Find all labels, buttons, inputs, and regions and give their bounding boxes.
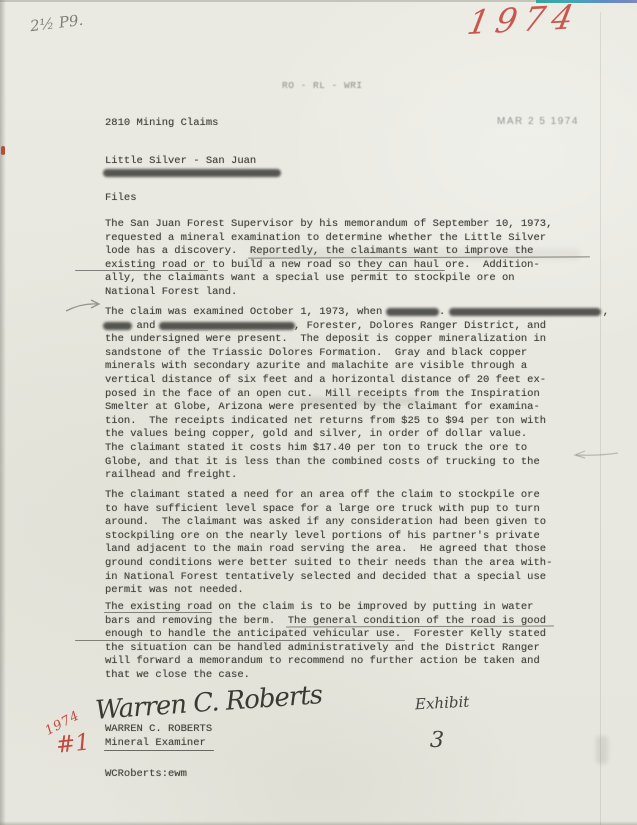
typed-line: requested a mineral examination to deter… [105,232,552,246]
red-number-annotation: #1 [55,729,91,758]
typed-line: the undersigned were present. The deposi… [105,333,609,347]
paragraph-2: The claim was examined October 1, 1973, … [105,306,609,483]
typed-line: The claimant stated a need for an area o… [105,489,552,503]
typed-line: permit was not needed. [105,584,552,598]
paragraph-1: The San Juan Forest Supervisor by his me… [105,218,552,300]
signature-title: Mineral Examiner [105,737,206,751]
subject-line: 2810 Mining Claims [105,117,218,131]
title-underline [104,750,214,751]
typed-line: sandstone of the Triassic Dolores Format… [105,347,609,361]
scanned-document-page: 2½ P9. 1974 RO - RL - WRI 2810 Mining Cl… [0,0,637,825]
pencil-page-note: 2½ P9. [29,11,84,35]
typed-line: ally, the claimants want a special use p… [105,272,552,286]
typed-line: in National Forest tentatively selected … [105,571,552,585]
typed-line: tion. The receipts indicated net returns… [105,415,609,429]
redaction-bar [103,169,281,177]
signature-script: Warren C. Roberts [94,680,323,726]
redaction-bar [449,308,601,316]
scan-edge-bottom [0,821,637,825]
typed-line: stockpiling ore on the nearly level port… [105,530,552,544]
exhibit-number: 3 [430,728,445,753]
typed-line: will forward a memorandum to recommend n… [105,655,546,669]
received-date-stamp: MAR 2 5 1974 [497,116,579,127]
red-year-annotation-top: 1974 [464,0,584,42]
typed-line: posed in the face of an open cut. Mill r… [105,388,609,402]
typed-line: to have sufficient level space for a lar… [105,503,552,517]
typed-line: minerals with secondary azurite and mala… [105,360,609,374]
typed-line: National Forest land. [105,286,552,300]
typed-line: Globe, and that it is less than the comb… [105,456,609,470]
paragraph-3: The claimant stated a need for an area o… [105,489,552,598]
typed-line: The claimant stated it costs him $17.40 … [105,442,609,456]
margin-arrow-left-icon [572,446,620,462]
typed-line: that we close the case. [105,669,546,683]
typed-line: around. The claimant was asked if any co… [105,516,552,530]
redaction-bar [159,322,295,330]
typist-reference: WCRoberts:ewm [105,768,187,782]
edge-red-mark [1,146,5,155]
typed-line: land adjacent to the main road serving t… [105,543,552,557]
typed-line: Smelter at Globe, Arizona were presented… [105,401,609,415]
typed-line: the values being copper, gold and silver… [105,428,609,442]
claim-title: Little Silver - San Juan [105,155,256,169]
margin-arrow-right-icon [64,296,106,314]
file-code: RO - RL - WRI [282,80,363,91]
signature-typed-name: WARREN C. ROBERTS [105,723,212,737]
typed-line: ground conditions were better suited to … [105,557,552,571]
scan-edge-left [0,0,6,825]
typed-line: the situation can be handled administrat… [105,642,546,656]
redaction-bar [386,308,439,316]
typed-line: vertical distance of six feet and a hori… [105,374,609,388]
typed-line: The San Juan Forest Supervisor by his me… [105,218,552,232]
pencil-smudge [596,736,608,764]
paragraph-4: The existing road on the claim is to be … [105,601,546,683]
typed-line: railhead and freight. [105,469,609,483]
exhibit-label: Exhibit [415,693,470,714]
redaction-bar [103,322,132,330]
addressee-line: Files [105,192,137,206]
